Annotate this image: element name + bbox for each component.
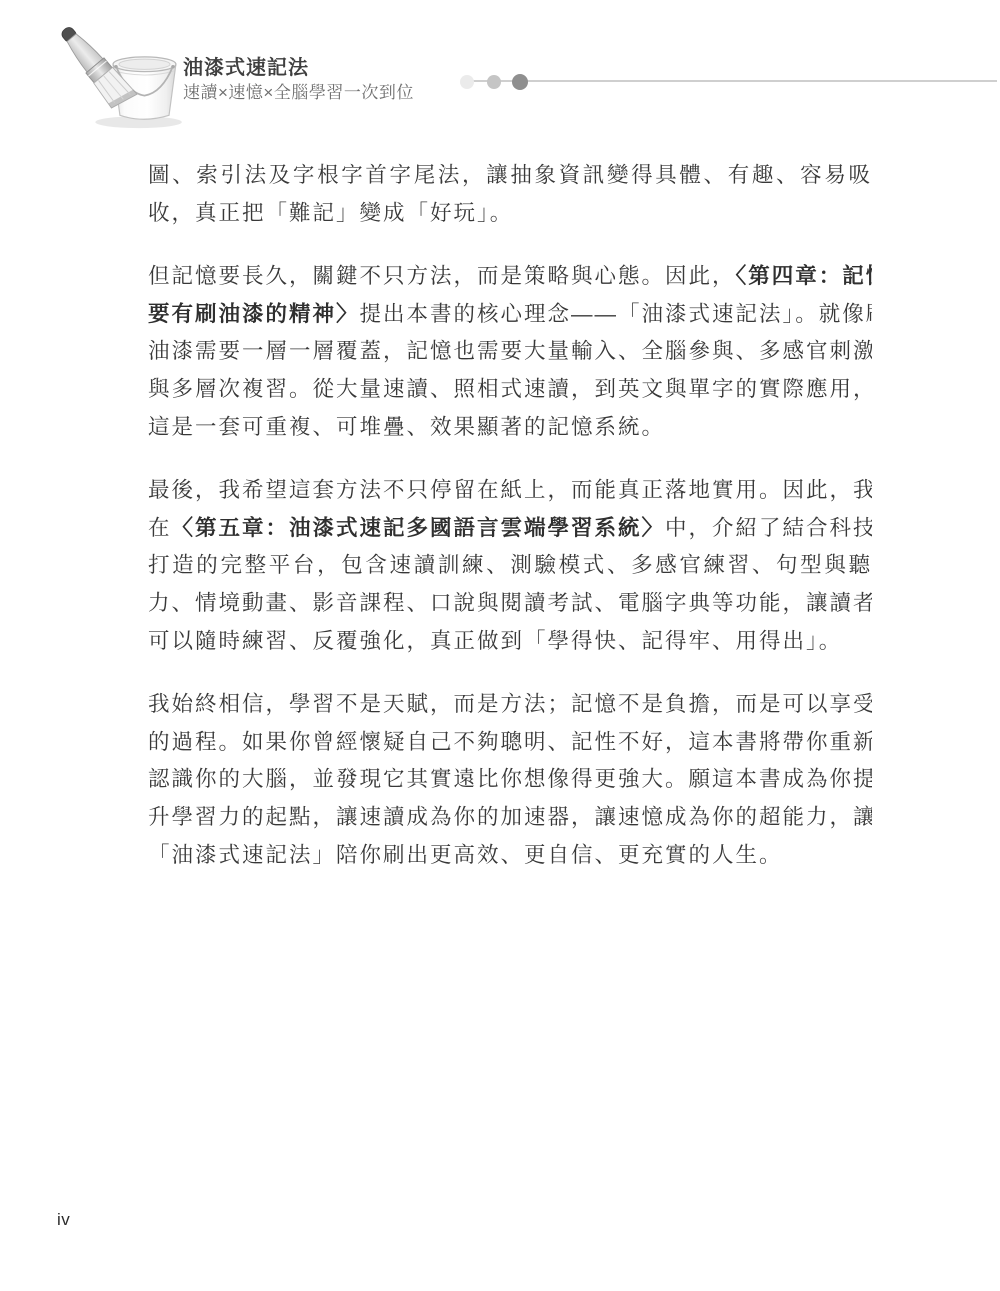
- deco-dot-medium: [487, 75, 501, 89]
- text-line: 但記憶要長久，關鍵不只方法，而是策略與心態。因此，〈第四章：記憶: [148, 258, 872, 296]
- text-run: 升學習力的起點，讓速讀成為你的加速器，讓速憶成為你的超能力，讓: [148, 805, 872, 829]
- text-line: 收，真正把「難記」變成「好玩」。: [148, 195, 872, 233]
- text-line: 要有刷油漆的精神〉提出本書的核心理念——「油漆式速記法」。就像刷: [148, 296, 872, 334]
- text-run: 可以隨時練習、反覆強化，真正做到「學得快、記得牢、用得出」。: [148, 629, 842, 653]
- text-line: 「油漆式速記法」陪你刷出更高效、更自信、更充實的人生。: [148, 837, 872, 875]
- text-line: 與多層次複習。從大量速讀、照相式速讀，到英文與單字的實際應用，: [148, 371, 872, 409]
- text-line: 油漆需要一層一層覆蓋，記憶也需要大量輸入、全腦參與、多感官刺激: [148, 333, 872, 371]
- deco-dot-light: [460, 75, 474, 89]
- text-line: 圖、索引法及字根字首字尾法，讓抽象資訊變得具體、有趣、容易吸: [148, 157, 872, 195]
- text-run: 的過程。如果你曾經懷疑自己不夠聰明、記性不好，這本書將帶你重新: [148, 730, 872, 754]
- text-run: 這是一套可重複、可堆疊、效果顯著的記憶系統。: [148, 415, 665, 439]
- text-line: 這是一套可重複、可堆疊、效果顯著的記憶系統。: [148, 409, 872, 447]
- text-line: 我始終相信，學習不是天賦，而是方法；記憶不是負擔，而是可以享受: [148, 686, 872, 724]
- text-run: 油漆需要一層一層覆蓋，記憶也需要大量輸入、全腦參與、多感官刺激: [148, 339, 872, 363]
- paragraph: 圖、索引法及字根字首字尾法，讓抽象資訊變得具體、有趣、容易吸收，真正把「難記」變…: [148, 157, 872, 232]
- page-number: iv: [57, 1210, 70, 1230]
- text-run: 但記憶要長久，關鍵不只方法，而是策略與心態。因此，: [148, 264, 736, 288]
- header: 油漆式速記法 速讀×速憶×全腦學習一次到位: [183, 56, 414, 103]
- book-subtitle: 速讀×速憶×全腦學習一次到位: [183, 82, 414, 103]
- text-line: 在〈第五章：油漆式速記多國語言雲端學習系統〉中，介紹了結合科技: [148, 510, 872, 548]
- paragraph: 最後，我希望這套方法不只停留在紙上，而能真正落地實用。因此，我在〈第五章：油漆式…: [148, 472, 872, 660]
- chapter-reference-bold: 〈第五章：油漆式速記多國語言雲端學習系統〉: [172, 516, 666, 540]
- text-run: 收，真正把「難記」變成「好玩」。: [148, 201, 513, 225]
- text-line: 力、情境動畫、影音課程、口說與閱讀考試、電腦字典等功能，讓讀者: [148, 585, 872, 623]
- chapter-reference-bold: 〈第四章：記憶: [736, 264, 872, 288]
- text-run: 在: [148, 516, 172, 540]
- text-line: 最後，我希望這套方法不只停留在紙上，而能真正落地實用。因此，我: [148, 472, 872, 510]
- header-rule-line: [467, 80, 997, 82]
- text-run: 最後，我希望這套方法不只停留在紙上，而能真正落地實用。因此，我: [148, 478, 872, 502]
- text-line: 的過程。如果你曾經懷疑自己不夠聰明、記性不好，這本書將帶你重新: [148, 724, 872, 762]
- text-run: 打造的完整平台，包含速讀訓練、測驗模式、多感官練習、句型與聽: [148, 553, 872, 577]
- text-run: 中，介紹了結合科技: [665, 516, 872, 540]
- chapter-reference-bold: 要有刷油漆的精神〉: [148, 302, 360, 326]
- text-line: 認識你的大腦，並發現它其實遠比你想像得更強大。願這本書成為你提: [148, 761, 872, 799]
- text-run: 我始終相信，學習不是天賦，而是方法；記憶不是負擔，而是可以享受: [148, 692, 872, 716]
- text-line: 升學習力的起點，讓速讀成為你的加速器，讓速憶成為你的超能力，讓: [148, 799, 872, 837]
- text-run: 圖、索引法及字根字首字尾法，讓抽象資訊變得具體、有趣、容易吸: [148, 163, 872, 187]
- text-run: 力、情境動畫、影音課程、口說與閱讀考試、電腦字典等功能，讓讀者: [148, 591, 872, 615]
- text-run: 提出本書的核心理念——「油漆式速記法」。就像刷: [360, 302, 872, 326]
- book-page: 油漆式速記法 速讀×速憶×全腦學習一次到位 圖、索引法及字根字首字尾法，讓抽象資…: [0, 0, 1000, 1291]
- paragraph: 但記憶要長久，關鍵不只方法，而是策略與心態。因此，〈第四章：記憶要有刷油漆的精神…: [148, 258, 872, 446]
- book-title: 油漆式速記法: [183, 56, 414, 80]
- body-text: 圖、索引法及字根字首字尾法，讓抽象資訊變得具體、有趣、容易吸收，真正把「難記」變…: [148, 157, 872, 900]
- paint-bucket-brush-logo: [42, 24, 190, 132]
- deco-dot-dark: [512, 74, 528, 90]
- text-run: 與多層次複習。從大量速讀、照相式速讀，到英文與單字的實際應用，: [148, 377, 872, 401]
- paragraph: 我始終相信，學習不是天賦，而是方法；記憶不是負擔，而是可以享受的過程。如果你曾經…: [148, 686, 872, 874]
- text-run: 認識你的大腦，並發現它其實遠比你想像得更強大。願這本書成為你提: [148, 767, 872, 791]
- text-run: 「油漆式速記法」陪你刷出更高效、更自信、更充實的人生。: [148, 843, 783, 867]
- text-line: 打造的完整平台，包含速讀訓練、測驗模式、多感官練習、句型與聽: [148, 547, 872, 585]
- text-line: 可以隨時練習、反覆強化，真正做到「學得快、記得牢、用得出」。: [148, 623, 872, 661]
